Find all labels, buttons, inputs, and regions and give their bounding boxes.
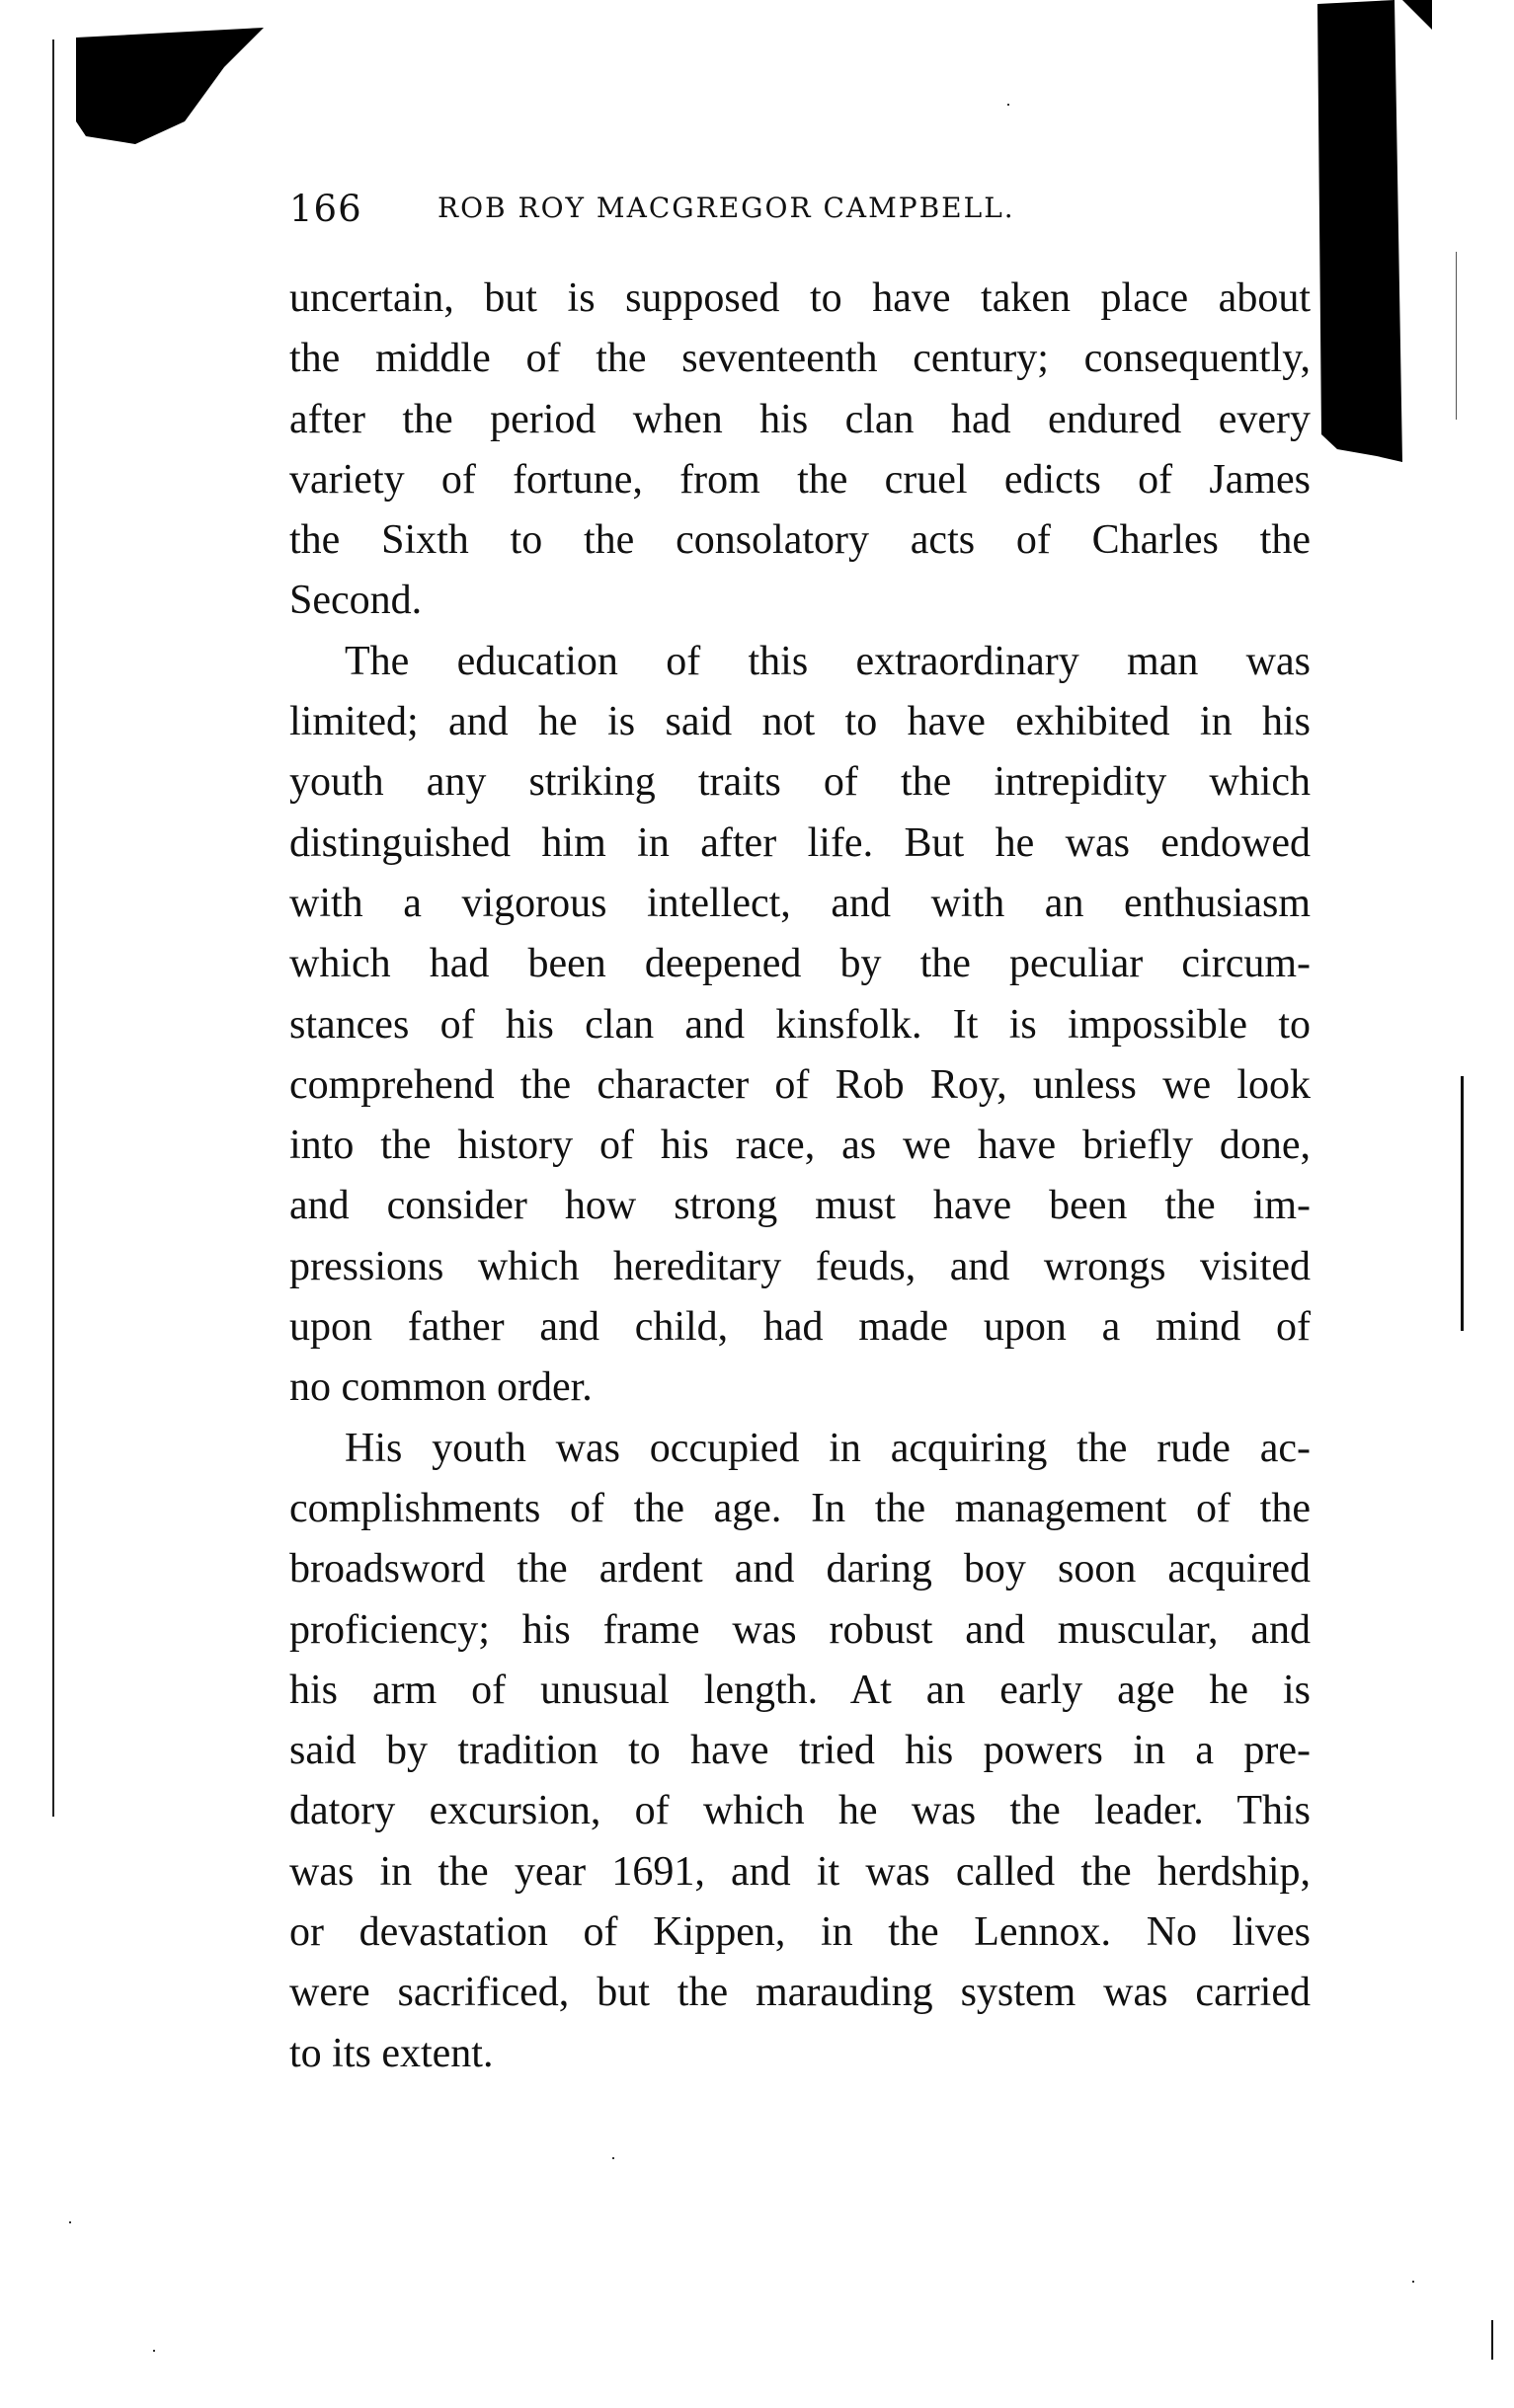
text-line: which had been deepened by the peculiar …: [289, 934, 1311, 994]
text-line: to its extent.: [289, 2024, 1311, 2084]
text-line: distinguished him in after life. But he …: [289, 814, 1311, 874]
scan-artifact-corner-fold: [1402, 0, 1432, 30]
text-line: the middle of the seventeenth century; c…: [289, 329, 1311, 389]
text-line: or devastation of Kippen, in the Lennox.…: [289, 1903, 1311, 1963]
text-line: into the history of his race, as we have…: [289, 1116, 1311, 1176]
text-line: variety of fortune, from the cruel edict…: [289, 450, 1311, 510]
scan-speck: [153, 2350, 155, 2352]
page-edge-line-left: [52, 39, 54, 1817]
scan-speck: [69, 2221, 71, 2223]
paragraph-3: His youth was occupied in acquiring the …: [289, 1419, 1311, 2084]
text-line: Second.: [289, 571, 1311, 631]
text-line: complishments of the age. In the managem…: [289, 1479, 1311, 1539]
text-line: no common order.: [289, 1358, 1311, 1418]
page-edge-line-right: [1461, 1076, 1464, 1331]
scan-artifact-corner-wedge: [76, 28, 264, 146]
text-line: and consider how strong must have been t…: [289, 1176, 1311, 1236]
text-line: stances of his clan and kinsfolk. It is …: [289, 995, 1311, 1055]
text-line: datory excursion, of which he was the le…: [289, 1781, 1311, 1841]
text-line: after the period when his clan had endur…: [289, 390, 1311, 450]
scan-speck: [612, 2157, 614, 2159]
text-line: was in the year 1691, and it was called …: [289, 1842, 1311, 1903]
paragraph-2: The education of this extraordinary man …: [289, 632, 1311, 1419]
body-text: uncertain, but is supposed to have taken…: [289, 269, 1311, 2084]
page-edge-mark-bottom: [1491, 2320, 1493, 2360]
text-line: His youth was occupied in acquiring the …: [289, 1419, 1311, 1479]
text-line: proficiency; his frame was robust and mu…: [289, 1600, 1311, 1661]
text-line: The education of this extraordinary man …: [289, 632, 1311, 692]
text-line: uncertain, but is supposed to have taken…: [289, 269, 1311, 329]
text-line: with a vigorous intellect, and with an e…: [289, 874, 1311, 934]
text-line: youth any striking traits of the intrepi…: [289, 752, 1311, 813]
running-title: ROB ROY MACGREGOR CAMPBELL.: [438, 192, 1015, 224]
text-line: limited; and he is said not to have exhi…: [289, 692, 1311, 752]
scanned-book-page: 166 ROB ROY MACGREGOR CAMPBELL. uncertai…: [0, 0, 1514, 2408]
page-edge-line-right-upper: [1456, 252, 1457, 420]
running-head: 166 ROB ROY MACGREGOR CAMPBELL.: [289, 188, 1316, 237]
text-line: said by tradition to have tried his powe…: [289, 1721, 1311, 1781]
scan-speck: [1412, 2281, 1414, 2283]
scan-speck: [1007, 104, 1009, 106]
text-line: pressions which hereditary feuds, and wr…: [289, 1237, 1311, 1297]
scan-artifact-black-bar: [1317, 0, 1402, 462]
page-number: 166: [289, 188, 362, 230]
paragraph-1: uncertain, but is supposed to have taken…: [289, 269, 1311, 632]
text-line: were sacrificed, but the marauding syste…: [289, 1963, 1311, 2023]
text-line: upon father and child, had made upon a m…: [289, 1297, 1311, 1358]
text-line: broadsword the ardent and daring boy soo…: [289, 1539, 1311, 1599]
text-line: his arm of unusual length. At an early a…: [289, 1661, 1311, 1721]
text-line: comprehend the character of Rob Roy, unl…: [289, 1055, 1311, 1116]
text-line: the Sixth to the consolatory acts of Cha…: [289, 510, 1311, 571]
